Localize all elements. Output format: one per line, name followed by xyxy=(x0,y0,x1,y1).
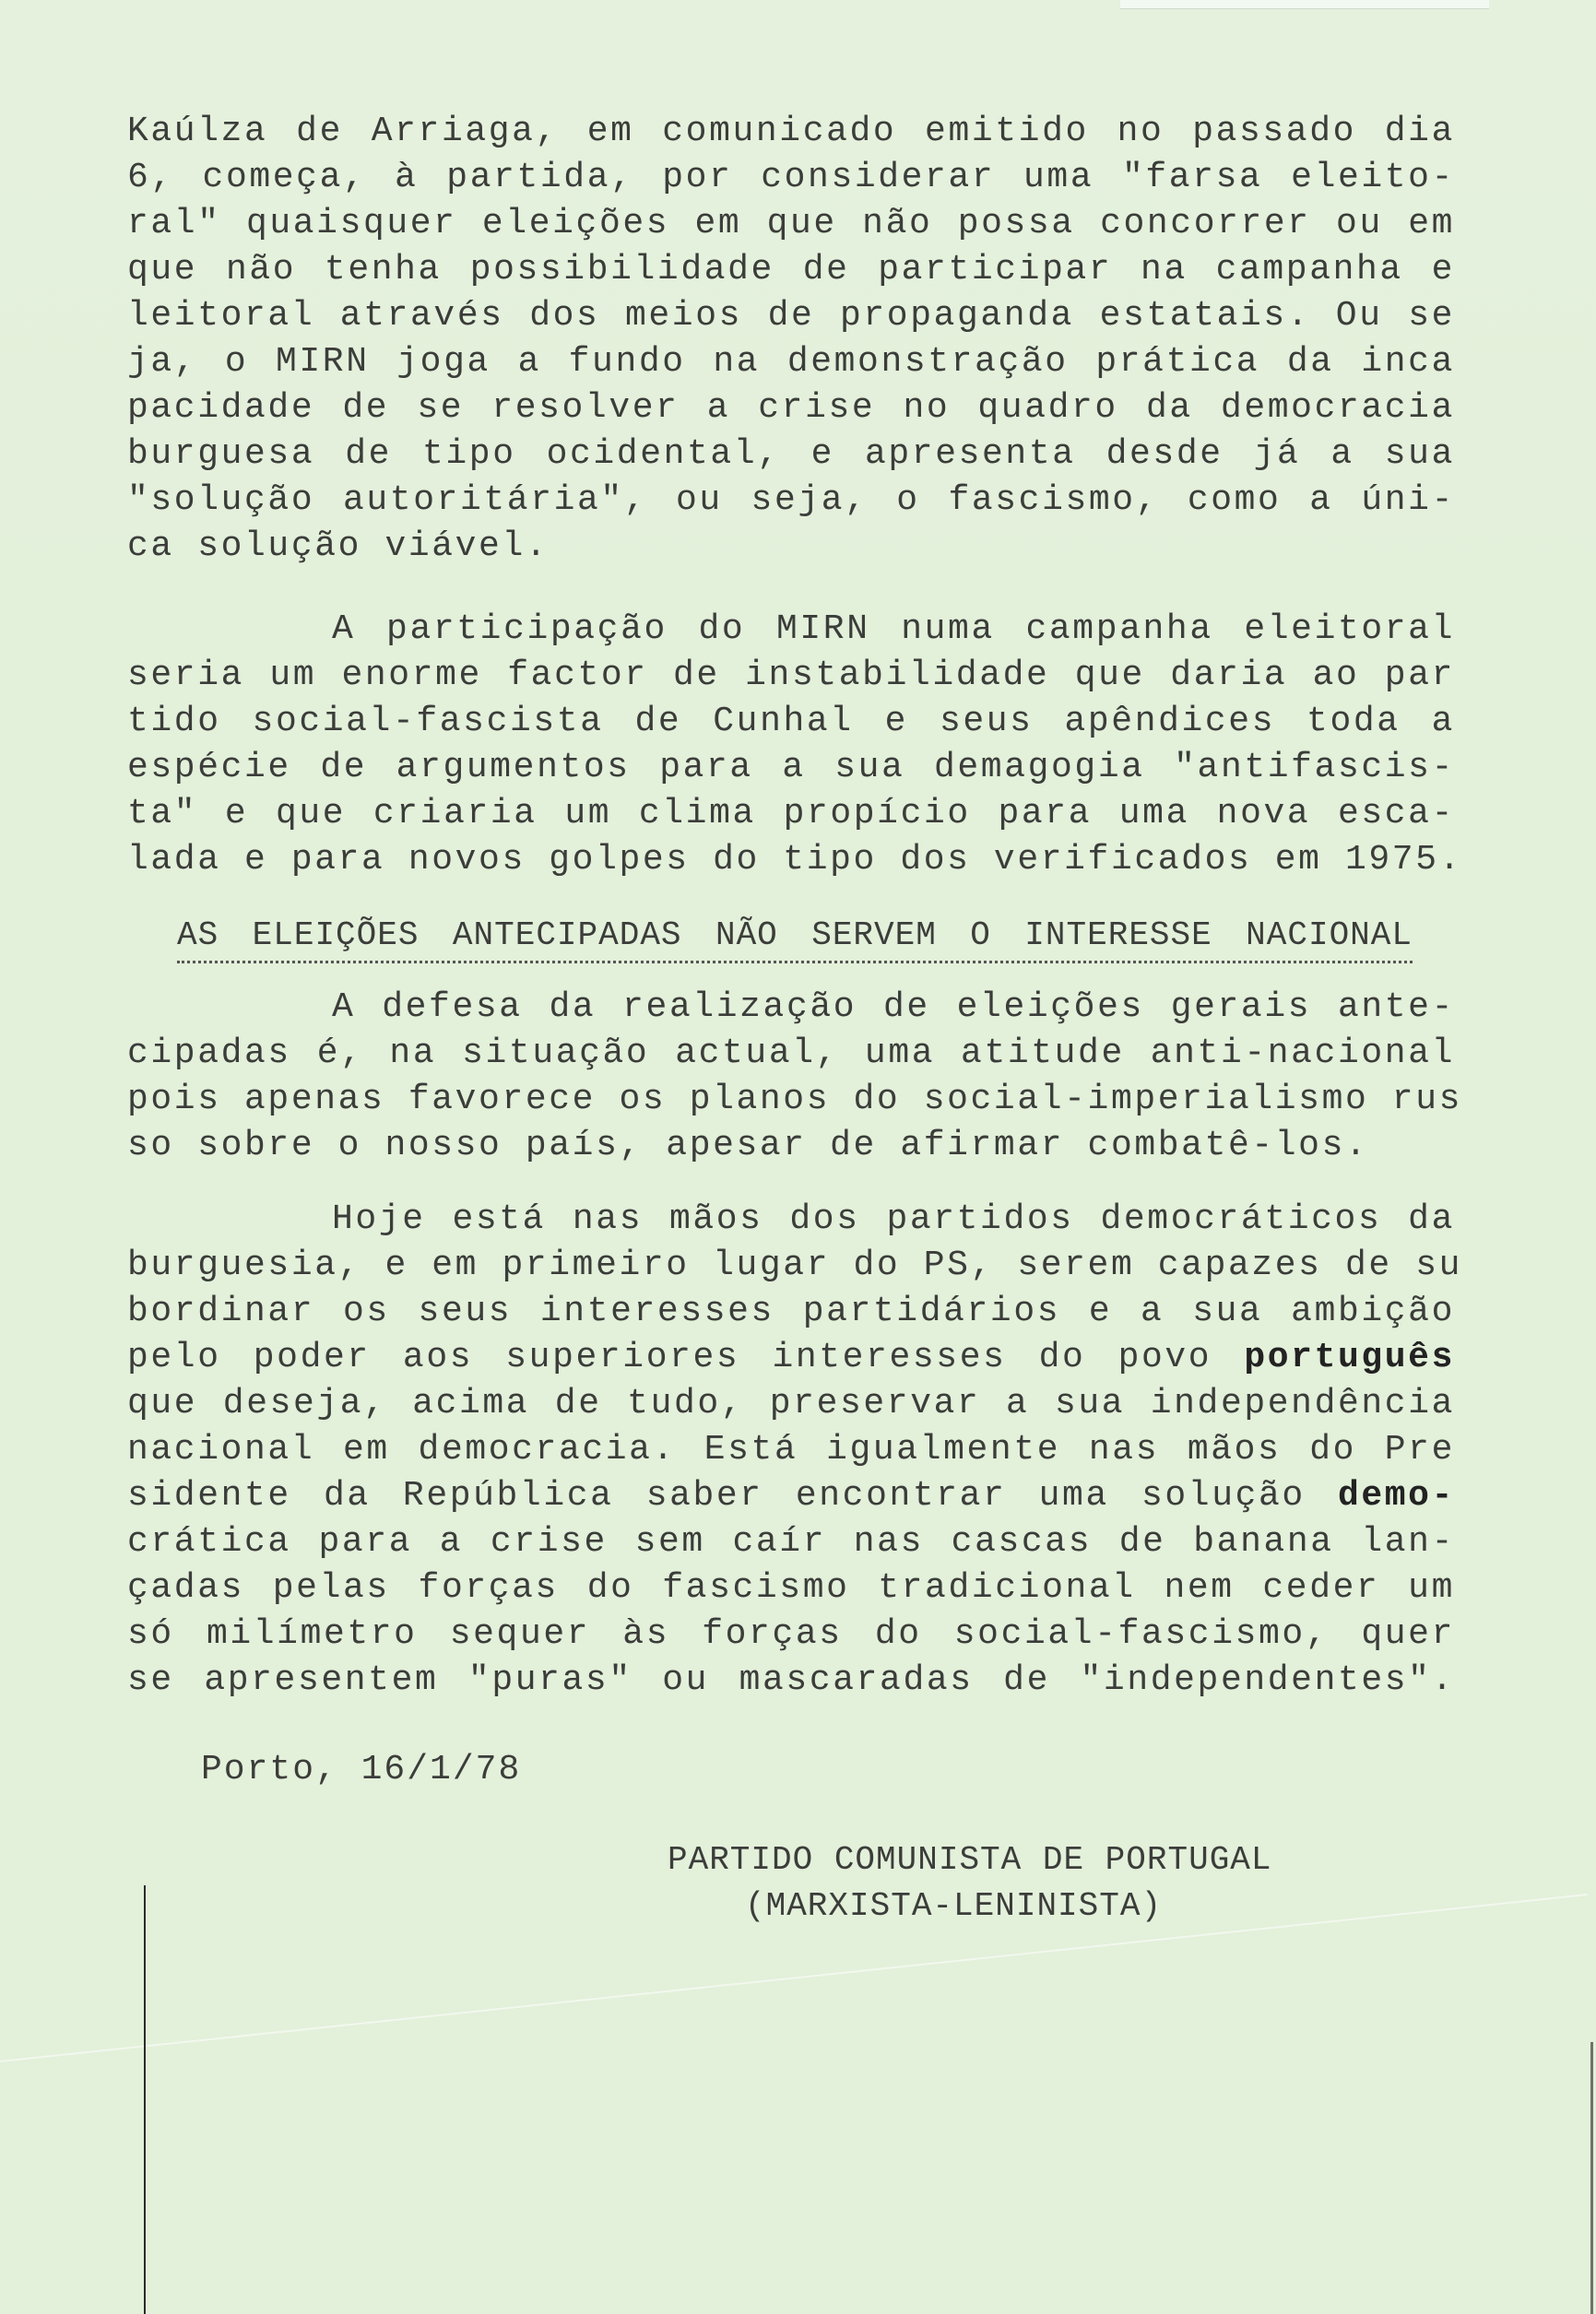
text-line: so sobre o nosso país, apesar de afirmar… xyxy=(127,1123,1455,1169)
document-page: Kaúlza de Arriaga, em comunicado emitido… xyxy=(0,0,1596,2314)
text-line: burguesia, e em primeiro lugar do PS, se… xyxy=(127,1243,1455,1289)
text-line: burguesa de tipo ocidental, e apresenta … xyxy=(127,431,1455,478)
text-line: 6, começa, à partida, por considerar uma… xyxy=(127,155,1455,201)
text-line: se apresentem "puras" ou mascaradas de "… xyxy=(127,1658,1455,1704)
text-line: Hoje está nas mãos dos partidos democrát… xyxy=(332,1197,1455,1243)
text-line: tido social-fascista de Cunhal e seus ap… xyxy=(127,699,1455,745)
text-line: ja, o MIRN joga a fundo na demonstração … xyxy=(127,339,1455,385)
text-line: leitoral através dos meios de propaganda… xyxy=(127,293,1455,339)
text-line: crática para a crise sem caír nas cascas… xyxy=(127,1519,1455,1565)
text-line: nacional em democracia. Está igualmente … xyxy=(127,1427,1455,1473)
text-line: A defesa da realização de eleições gerai… xyxy=(332,985,1455,1031)
text-line: Kaúlza de Arriaga, em comunicado emitido… xyxy=(127,109,1455,155)
text-line: lada e para novos golpes do tipo dos ver… xyxy=(127,837,1455,883)
text-line: só milímetro sequer às forças do social-… xyxy=(127,1612,1455,1658)
signature-subtitle: (MARXISTA-LENINISTA) xyxy=(745,1883,1162,1930)
section-heading: AS ELEIÇÕES ANTECIPADAS NÃO SERVEM O INT… xyxy=(177,913,1413,963)
text-line: pois apenas favorece os planos do social… xyxy=(127,1077,1455,1123)
text-line: bordinar os seus interesses partidários … xyxy=(127,1289,1455,1335)
text-line: çadas pelas forças do fascismo tradicion… xyxy=(127,1565,1455,1612)
bold-word: português xyxy=(1244,1338,1455,1377)
text-line: "solução autoritária", ou seja, o fascis… xyxy=(127,478,1455,524)
paper-edge-strip xyxy=(1120,0,1489,9)
text-line: pelo poder aos superiores interesses do … xyxy=(127,1335,1455,1381)
text-line: seria um enorme factor de instabilidade … xyxy=(127,653,1455,699)
text-line: ca solução viável. xyxy=(127,524,1455,570)
paper-left-edge xyxy=(144,1885,146,2314)
signature-organization: PARTIDO COMUNISTA DE PORTUGAL xyxy=(668,1837,1272,1883)
text-line: que deseja, acima de tudo, preservar a s… xyxy=(127,1381,1455,1427)
text-line: A participação do MIRN numa campanha ele… xyxy=(332,607,1455,653)
paper-right-edge xyxy=(1590,2042,1593,2314)
text-line: que não tenha possibilidade de participa… xyxy=(127,247,1455,293)
text-line: ral" quaisquer eleições em que não possa… xyxy=(127,201,1455,247)
text-line: cipadas é, na situação actual, uma atitu… xyxy=(127,1031,1455,1077)
text-line: espécie de argumentos para a sua demagog… xyxy=(127,745,1455,791)
text-line: sidente da República saber encontrar uma… xyxy=(127,1473,1455,1519)
bold-word: demo- xyxy=(1338,1476,1455,1516)
place-date: Porto, 16/1/78 xyxy=(201,1747,521,1793)
text-line: ta" e que criaria um clima propício para… xyxy=(127,791,1455,837)
text-line: pacidade de se resolver a crise no quadr… xyxy=(127,385,1455,431)
